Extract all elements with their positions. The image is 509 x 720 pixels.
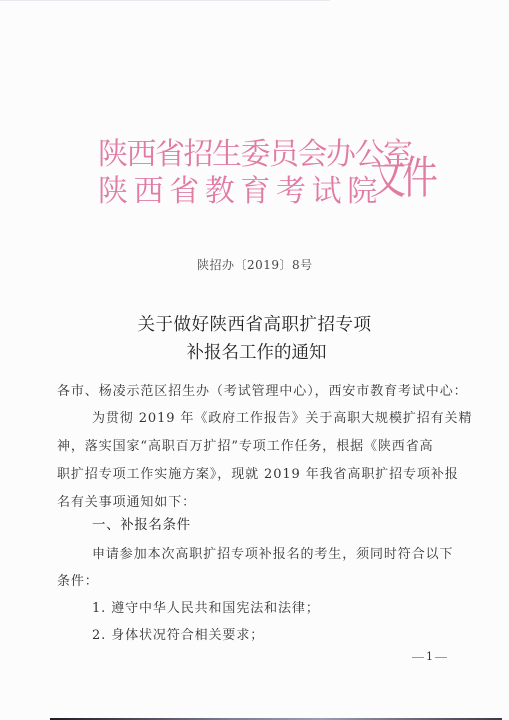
paragraph-1-line-4: 名有关事项通知如下： xyxy=(57,494,467,512)
paragraph-1-line-2: 神，落实国家“高职百万扩招”专项工作任务，根据《陕西省高 xyxy=(57,438,467,456)
document-title-line-1: 关于做好陕西省高职扩招专项 xyxy=(0,311,509,336)
section-1-intro-line-2: 条件： xyxy=(57,573,467,591)
page-number-value: 1 xyxy=(424,650,435,663)
condition-2: 2. 身体状况符合相关要求； xyxy=(92,627,502,645)
document-number: 陕招办〔2019〕8号 xyxy=(197,257,313,273)
condition-1: 1. 遵守中华人民共和国宪法和法律； xyxy=(92,600,502,618)
document-page: 陕西省招生委员会办公室 陕西省教育考试院 文件 陕招办〔2019〕8号 关于做好… xyxy=(0,0,509,720)
header-suffix-wenjian: 文件 xyxy=(370,154,434,204)
paragraph-1-line-3: 职扩招专项工作实施方案》，现就 2019 年我省高职扩招专项补报 xyxy=(57,466,467,484)
issuer-line-1: 陕西省招生委员会办公室 xyxy=(98,138,412,172)
red-header: 陕西省招生委员会办公室 陕西省教育考试院 文件 xyxy=(98,138,428,218)
document-title-line-2: 补报名工作的通知 xyxy=(2,339,509,364)
salutation: 各市、杨凌示范区招生办（考试管理中心），西安市教育考试中心： xyxy=(57,383,467,401)
scan-top-edge xyxy=(0,0,330,1)
page-number-dash-left xyxy=(412,657,424,658)
section-1-intro-line-1: 申请参加本次高职扩招专项补报名的考生，须同时符合以下 xyxy=(92,546,502,564)
paragraph-1-line-1: 为贯彻 2019 年《政府工作报告》关于高职大规模扩招有关精 xyxy=(92,410,502,428)
page-number: 1 xyxy=(412,650,447,664)
section-1-heading: 一、补报名条件 xyxy=(92,516,191,534)
page-number-dash-right xyxy=(435,657,447,658)
issuer-line-2: 陕西省教育考试院 xyxy=(98,175,383,209)
